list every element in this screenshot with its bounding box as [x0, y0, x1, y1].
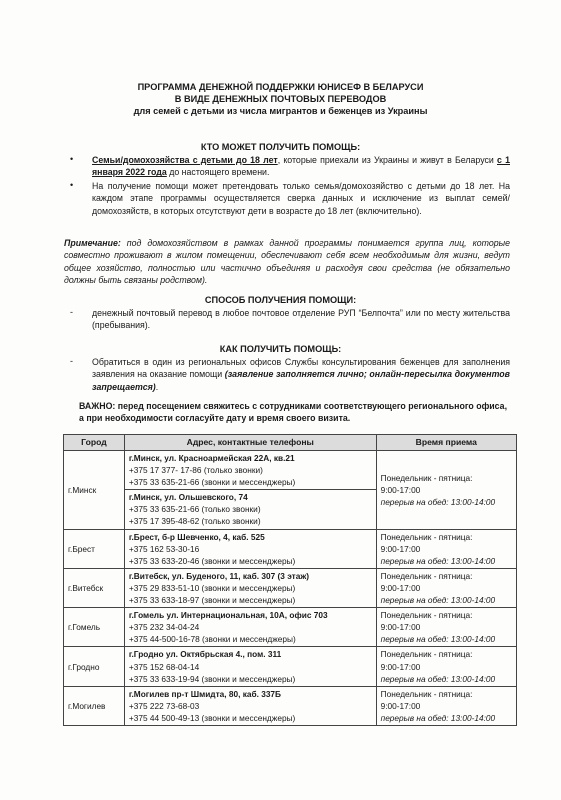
hours-lunch: перерыв на обед: 13:00-14:00	[381, 496, 512, 508]
hours-time: 9:00-17:00	[381, 661, 512, 673]
hours-cell: Понедельник - пятница:9:00-17:00перерыв …	[376, 529, 516, 568]
hours-time: 9:00-17:00	[381, 621, 512, 633]
hours-time: 9:00-17:00	[381, 582, 512, 594]
offices-table: Город Адрес, контактные телефоны Время п…	[63, 434, 517, 726]
hours-cell: Понедельник - пятница:9:00-17:00перерыв …	[376, 451, 516, 530]
method-heading: СПОСОБ ПОЛУЧЕНИЯ ПОМОЩИ:	[0, 295, 561, 305]
city-cell: г.Могилев	[64, 686, 125, 725]
address-cell: г.Витебск, ул. Буденого, 11, каб. 307 (3…	[124, 568, 376, 607]
hours-lunch: перерыв на обед: 13:00-14:00	[381, 594, 512, 606]
hours-lunch: перерыв на обед: 13:00-14:00	[381, 633, 512, 645]
address-line: г.Могилев пр-т Шмидта, 80, каб. 337Б	[129, 688, 372, 700]
address-cell: г.Минск, ул. Ольшевского, 74+375 33 635-…	[124, 490, 376, 529]
address-line: г.Гродно ул. Октябрьская 4., пом. 311	[129, 648, 372, 660]
dash-icon: -	[70, 356, 73, 366]
phone-number: +375 33 633-18-97 (звонки и мессенджеры)	[129, 594, 372, 606]
important-notice: ВАЖНО: перед посещением свяжитесь с сотр…	[79, 400, 511, 425]
address-line: г.Витебск, ул. Буденого, 11, каб. 307 (3…	[129, 570, 372, 582]
bullet-icon: •	[70, 154, 73, 164]
hours-lunch: перерыв на обед: 13:00-14:00	[381, 673, 512, 685]
hours-days: Понедельник - пятница:	[381, 472, 512, 484]
phone-number: +375 33 635-21-66 (звонки и мессенджеры)	[129, 476, 372, 488]
city-cell: г.Брест	[64, 529, 125, 568]
header-hours: Время приема	[376, 435, 516, 451]
how-heading: КАК ПОЛУЧИТЬ ПОМОЩЬ:	[0, 344, 561, 354]
table-row: г.Гомельг.Гомель ул. Интернациональная, …	[64, 608, 517, 647]
address-cell: г.Могилев пр-т Шмидта, 80, каб. 337Б+375…	[124, 686, 376, 725]
address-cell: г.Брест, б-р Шевченко, 4, каб. 525+375 1…	[124, 529, 376, 568]
address-cell: г.Минск, ул. Красноармейская 22А, кв.21+…	[124, 451, 376, 490]
who-heading: КТО МОЖЕТ ПОЛУЧИТЬ ПОМОЩЬ:	[0, 142, 561, 152]
hours-lunch: перерыв на обед: 13:00-14:00	[381, 555, 512, 567]
address-cell: г.Гродно ул. Октябрьская 4., пом. 311+37…	[124, 647, 376, 686]
table-row: г.Брестг.Брест, б-р Шевченко, 4, каб. 52…	[64, 529, 517, 568]
note-label: Примечание:	[64, 238, 121, 248]
phone-number: +375 162 53-30-16	[129, 543, 372, 555]
address-cell: г.Гомель ул. Интернациональная, 10А, офи…	[124, 608, 376, 647]
table-row: г.Минскг.Минск, ул. Красноармейская 22А,…	[64, 451, 517, 490]
hours-days: Понедельник - пятница:	[381, 531, 512, 543]
subtitle: для семей с детьми из числа мигрантов и …	[0, 106, 561, 118]
hours-cell: Понедельник - пятница:9:00-17:00перерыв …	[376, 568, 516, 607]
hours-cell: Понедельник - пятница:9:00-17:00перерыв …	[376, 608, 516, 647]
who-bullet-1: Семьи/домохозяйства с детьми до 18 лет, …	[92, 154, 510, 179]
bullet-icon: •	[70, 180, 73, 190]
hours-lunch: перерыв на обед: 13:00-14:00	[381, 712, 512, 724]
city-cell: г.Витебск	[64, 568, 125, 607]
table-row: г.Могилевг.Могилев пр-т Шмидта, 80, каб.…	[64, 686, 517, 725]
table-row: г.Гродног.Гродно ул. Октябрьская 4., пом…	[64, 647, 517, 686]
hours-time: 9:00-17:00	[381, 543, 512, 555]
phone-number: +375 152 68-04-14	[129, 661, 372, 673]
city-cell: г.Гродно	[64, 647, 125, 686]
phone-number: +375 44 500-49-13 (звонки и мессенджеры)	[129, 712, 372, 724]
header-city: Город	[64, 435, 125, 451]
address-line: г.Гомель ул. Интернациональная, 10А, офи…	[129, 609, 372, 621]
title-line-2: В ВИДЕ ДЕНЕЖНЫХ ПОЧТОВЫХ ПЕРЕВОДОВ	[0, 94, 561, 106]
table-row: г.Витебскг.Витебск, ул. Буденого, 11, ка…	[64, 568, 517, 607]
emphasis-families: Семьи/домохозяйства с детьми до 18 лет	[92, 155, 278, 165]
title-line-1: ПРОГРАММА ДЕНЕЖНОЙ ПОДДЕРЖКИ ЮНИСЕФ В БЕ…	[0, 82, 561, 94]
address-line: г.Брест, б-р Шевченко, 4, каб. 525	[129, 531, 372, 543]
hours-days: Понедельник - пятница:	[381, 609, 512, 621]
document-page: ПРОГРАММА ДЕНЕЖНОЙ ПОДДЕРЖКИ ЮНИСЕФ В БЕ…	[0, 0, 561, 800]
header-address: Адрес, контактные телефоны	[124, 435, 376, 451]
address-line: г.Минск, ул. Ольшевского, 74	[129, 491, 372, 503]
phone-number: +375 33 633-19-94 (звонки и мессенджеры)	[129, 673, 372, 685]
phone-number: +375 17 377- 17-86 (только звонки)	[129, 464, 372, 476]
address-line: г.Минск, ул. Красноармейская 22А, кв.21	[129, 452, 372, 464]
hours-time: 9:00-17:00	[381, 700, 512, 712]
note-paragraph: Примечание: под домохозяйством в рамках …	[64, 237, 510, 286]
hours-cell: Понедельник - пятница:9:00-17:00перерыв …	[376, 647, 516, 686]
hours-days: Понедельник - пятница:	[381, 688, 512, 700]
who-bullet-2: На получение помощи может претендовать т…	[92, 180, 510, 217]
hours-days: Понедельник - пятница:	[381, 648, 512, 660]
dash-icon: -	[70, 307, 73, 317]
city-cell: г.Минск	[64, 451, 125, 530]
hours-days: Понедельник - пятница:	[381, 570, 512, 582]
phone-number: +375 33 635-21-66 (только звонки)	[129, 503, 372, 515]
phone-number: +375 44-500-16-78 (звонки и мессенджеры)	[129, 633, 372, 645]
table-header-row: Город Адрес, контактные телефоны Время п…	[64, 435, 517, 451]
phone-number: +375 222 73-68-03	[129, 700, 372, 712]
hours-cell: Понедельник - пятница:9:00-17:00перерыв …	[376, 686, 516, 725]
phone-number: +375 232 34-04-24	[129, 621, 372, 633]
city-cell: г.Гомель	[64, 608, 125, 647]
how-item: Обратиться в один из региональных офисов…	[92, 356, 510, 393]
phone-number: +375 17 395-48-62 (только звонки)	[129, 515, 372, 527]
phone-number: +375 29 833-51-10 (звонки и мессенджеры)	[129, 582, 372, 594]
phone-number: +375 33 633-20-46 (звонки и мессенджеры)	[129, 555, 372, 567]
hours-time: 9:00-17:00	[381, 484, 512, 496]
method-item: денежный почтовый перевод в любое почтов…	[92, 307, 510, 332]
